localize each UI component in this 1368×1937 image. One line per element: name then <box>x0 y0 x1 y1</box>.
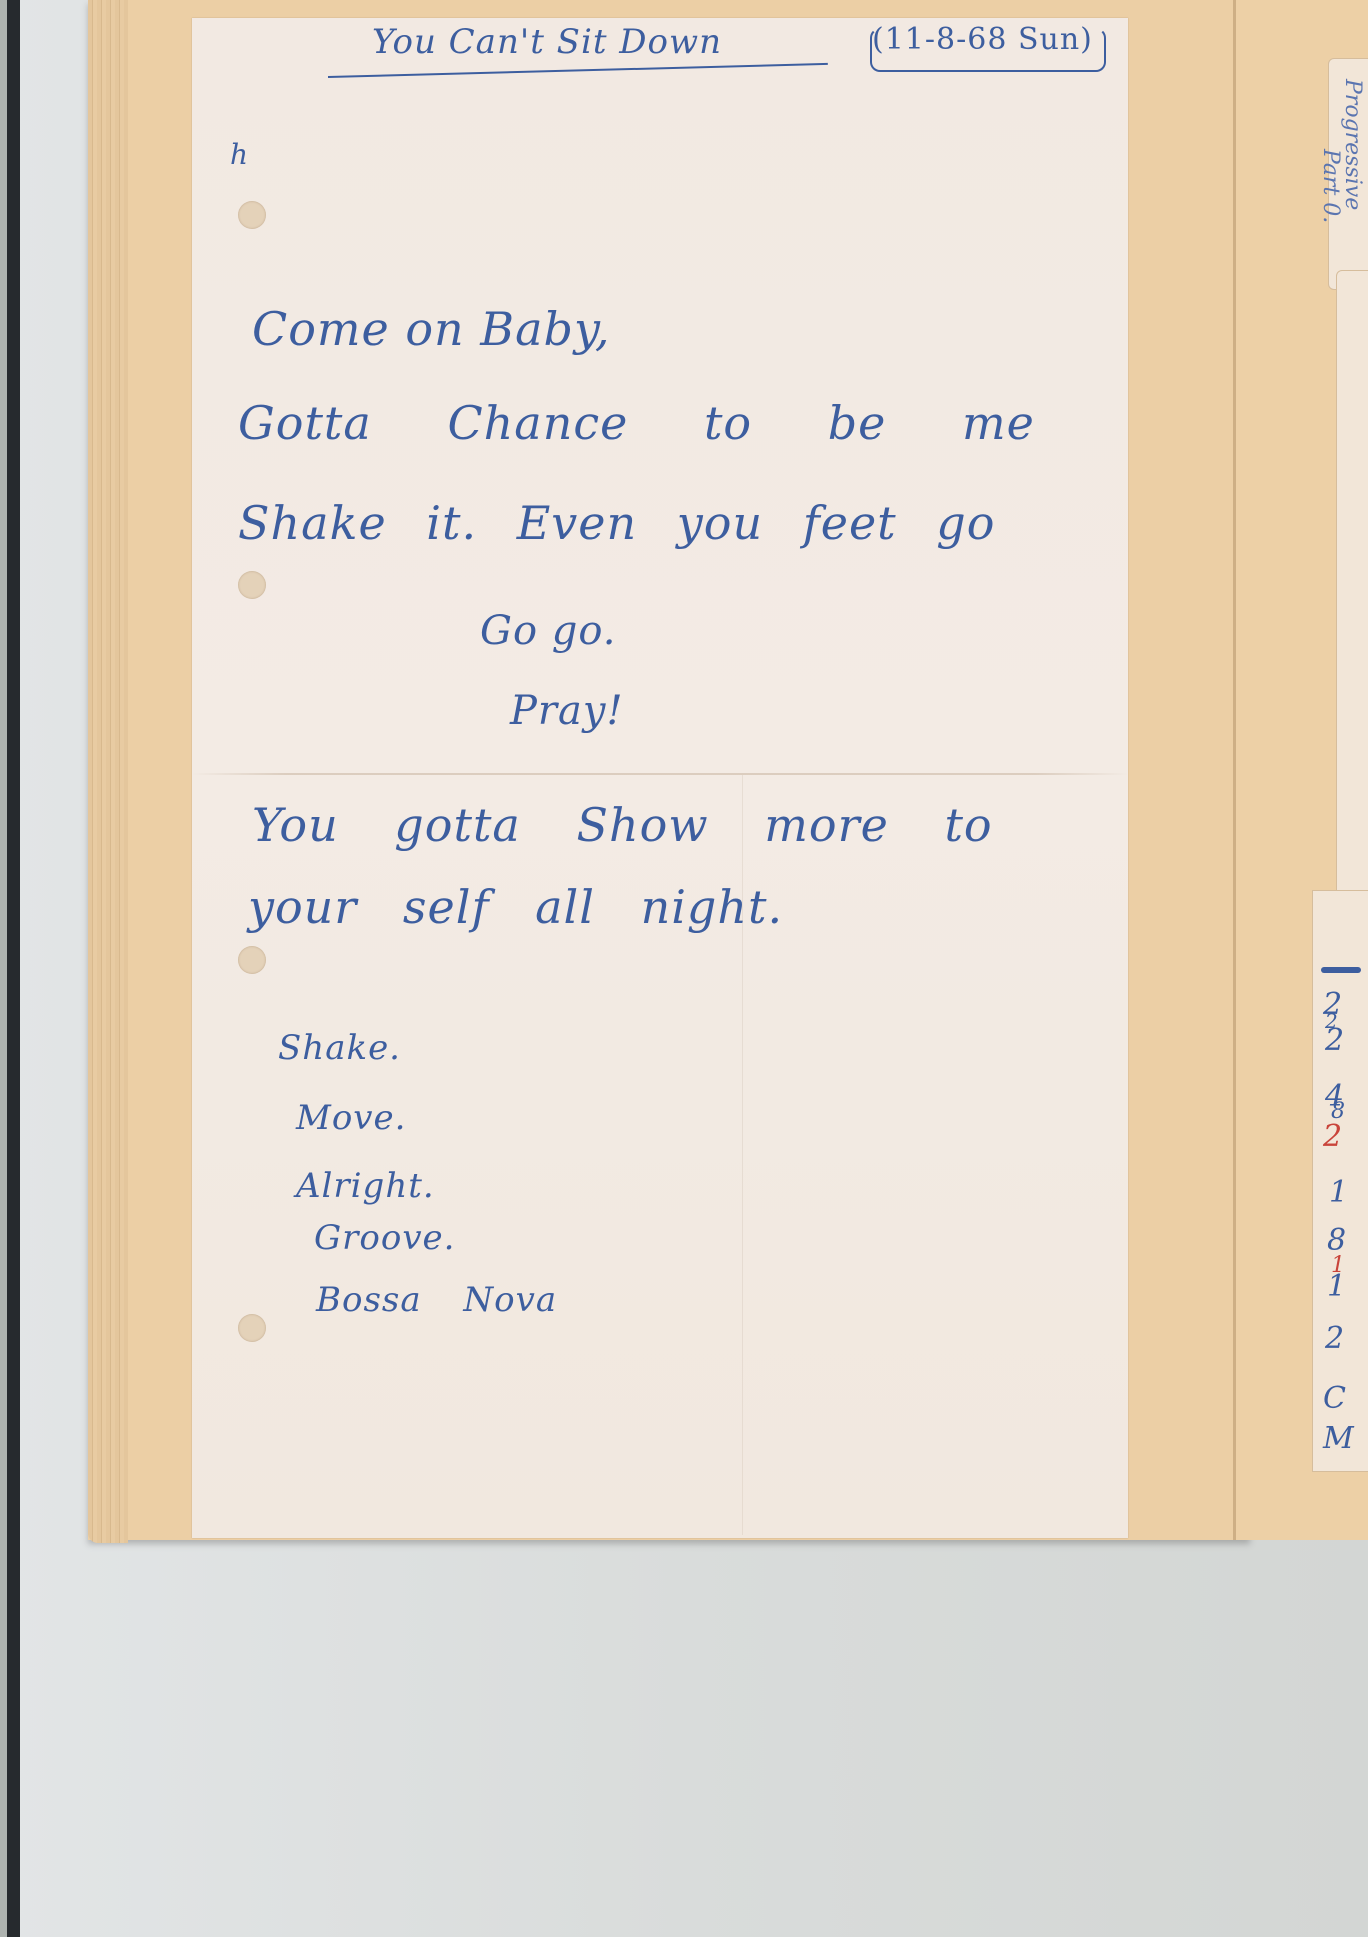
dance-list-item: Bossa Nova <box>316 1280 557 1320</box>
lyric-line: Pray! <box>510 688 624 734</box>
date-bracket <box>870 28 1106 72</box>
scanner-edge-strip <box>0 0 7 1937</box>
scanner-dark-edge <box>7 0 20 1937</box>
lyric-line: You gotta Show more to <box>252 798 993 852</box>
frag-number: 1 <box>1327 1269 1346 1304</box>
frag-number: 2 <box>1325 1023 1344 1058</box>
right-card-top: Progressive Part 0. <box>1328 58 1368 290</box>
scribble-mark <box>1321 967 1361 973</box>
lyric-line: Gotta Chance to be me <box>238 396 1035 450</box>
paper-fold-horizontal <box>192 773 1128 775</box>
frag-letter: C <box>1323 1381 1346 1416</box>
frag-number-red: 2 <box>1323 1119 1342 1154</box>
dance-list-item: Alright. <box>296 1166 435 1206</box>
lyric-line: Come on Baby, <box>252 302 610 356</box>
lyric-line: Shake it. Even you feet go <box>238 496 995 550</box>
corner-mark: h <box>230 138 249 171</box>
frag-number: 1 <box>1329 1175 1348 1210</box>
right-card-middle <box>1336 270 1368 927</box>
note-paper: You Can't Sit Down (11-8-68 Sun) h Come … <box>192 18 1128 1538</box>
dance-list-item: Groove. <box>314 1218 456 1258</box>
vertical-label-line2: Part 0. <box>1318 149 1343 223</box>
right-card-list: 2 2 2 4 8 2 1 8 1 1 2 C M <box>1312 890 1368 1472</box>
punch-hole <box>238 571 266 599</box>
punch-hole <box>238 946 266 974</box>
vertical-label-line1: Progressive <box>1340 79 1365 210</box>
lyric-line: your self all night. <box>248 880 783 934</box>
dance-list-item: Shake. <box>278 1028 401 1068</box>
lyric-line: Go go. <box>480 608 616 654</box>
punch-hole <box>238 201 266 229</box>
punch-hole <box>238 1314 266 1342</box>
frag-number: 2 <box>1325 1321 1344 1356</box>
frag-letter: M <box>1323 1421 1354 1456</box>
page-stack-edges <box>88 0 128 1543</box>
title-underline <box>328 63 828 78</box>
dance-list-item: Move. <box>296 1098 406 1138</box>
song-title: You Can't Sit Down <box>372 22 722 62</box>
